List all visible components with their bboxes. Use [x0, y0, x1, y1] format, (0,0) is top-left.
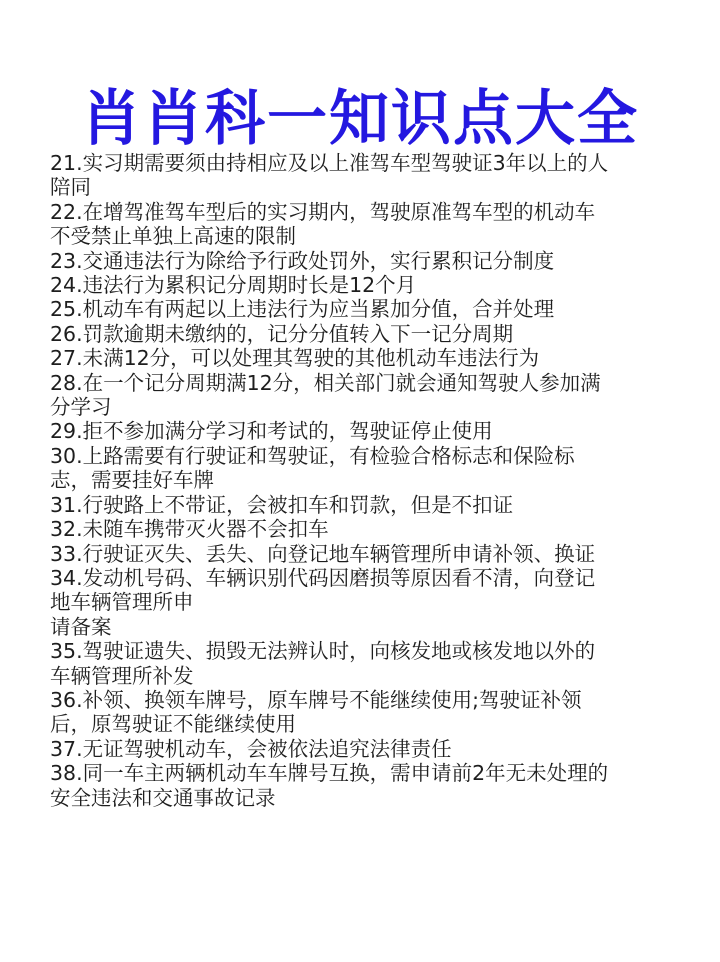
list-item-22: 22.在增驾准驾车型后的实习期内，驾驶原准驾车型的机动车 不受禁止单独上高速的限… — [50, 200, 680, 249]
list-item-32: 32.未随车携带灭火器不会扣车 — [50, 517, 680, 541]
list-item-21: 21.实习期需要须由持相应及以上准驾车型驾驶证3年以上的人 陪同 — [50, 151, 680, 200]
list-item-36: 36.补领、换领车牌号，原车牌号不能继续使用;驾驶证补领 后，原驾驶证不能继续使… — [50, 688, 680, 737]
list-item-27: 27.未满12分，可以处理其驾驶的其他机动车违法行为 — [50, 346, 680, 370]
list-item-28: 28.在一个记分周期满12分，相关部门就会通知驾驶人参加满 分学习 — [50, 371, 680, 420]
list-item-31: 31.行驶路上不带证，会被扣车和罚款，但是不扣证 — [50, 493, 680, 517]
list-item-23: 23.交通违法行为除给予行政处罚外，实行累积记分制度 — [50, 249, 680, 273]
list-item-25: 25.机动车有两起以上违法行为应当累加分值，合并处理 — [50, 297, 680, 321]
list-item-29: 29.拒不参加满分学习和考试的，驾驶证停止使用 — [50, 419, 680, 443]
knowledge-list: 21.实习期需要须由持相应及以上准驾车型驾驶证3年以上的人 陪同 22.在增驾准… — [50, 151, 680, 810]
list-item-26: 26.罚款逾期未缴纳的，记分分值转入下一记分周期 — [50, 322, 680, 346]
list-item-38: 38.同一车主两辆机动车车牌号互换，需申请前2年无未处理的 安全违法和交通事故记… — [50, 761, 680, 810]
list-item-30: 30.上路需要有行驶证和驾驶证，有检验合格标志和保险标 志，需要挂好车牌 — [50, 444, 680, 493]
list-item-24: 24.违法行为累积记分周期时长是12个月 — [50, 273, 680, 297]
list-item-35: 35.驾驶证遗失、损毁无法辨认时，向核发地或核发地以外的 车辆管理所补发 — [50, 639, 680, 688]
list-item-34: 34.发动机号码、车辆识别代码因磨损等原因看不清，向登记 地车辆管理所申 请备案 — [50, 566, 680, 639]
page-title: 肖肖科一知识点大全 — [0, 84, 720, 154]
list-item-33: 33.行驶证灭失、丢失、向登记地车辆管理所申请补领、换证 — [50, 542, 680, 566]
list-item-37: 37.无证驾驶机动车，会被依法追究法律责任 — [50, 737, 680, 761]
